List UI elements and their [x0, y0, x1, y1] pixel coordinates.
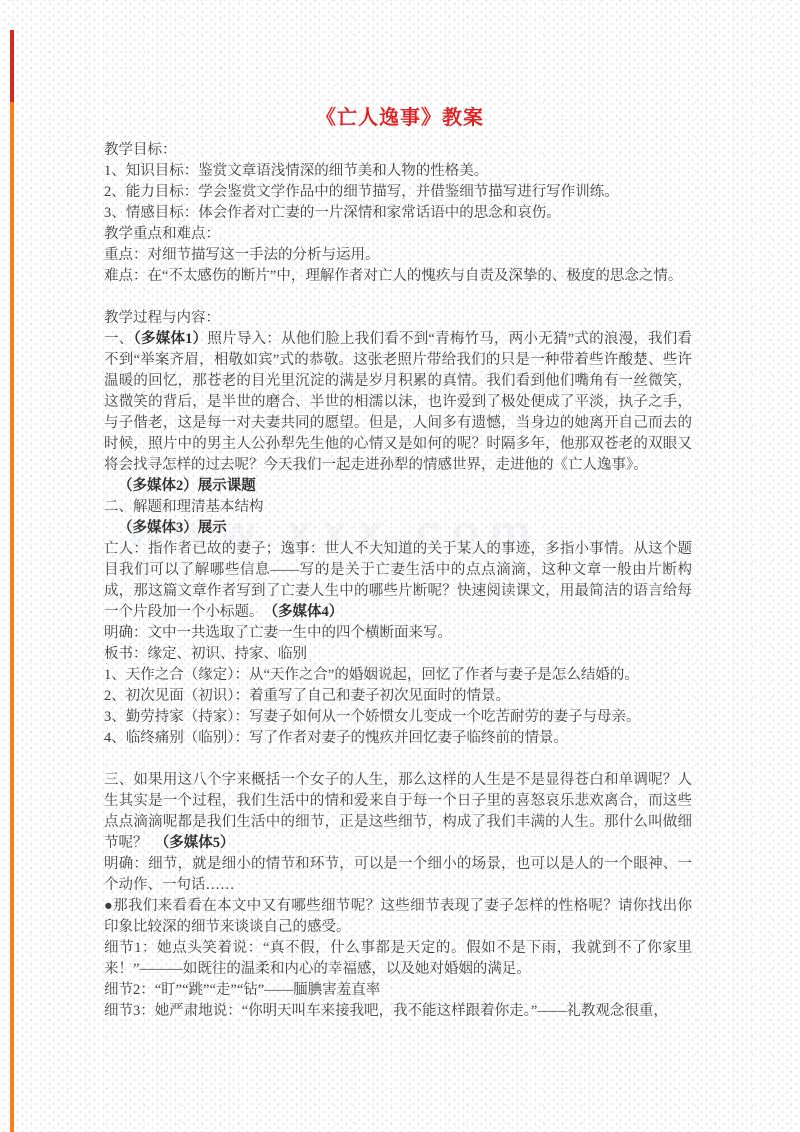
paragraph: 教学重点和难点：	[104, 224, 692, 245]
body-text: 2、能力目标：学会鉴赏文学作品中的细节描写，并借鉴细节描写进行写作训练。	[104, 184, 619, 200]
bold-text: （多媒体5）	[162, 835, 235, 851]
body-text: 明确：文中一共选取了亡妻一生中的四个横断面来写。	[104, 625, 452, 641]
body-text: 教学目标：	[104, 142, 177, 158]
body-text: 2、初次见面（初识）：着重写了自己和妻子初次见面时的情景。	[104, 688, 510, 704]
paragraph: 明确：细节，就是细小的情节和环节，可以是一个细小的场景，也可以是人的一个眼神、一…	[104, 854, 692, 896]
paragraph: 细节2：“盯”“跳”“走”“钻”——腼腆害羞直率	[104, 980, 692, 1001]
body-text: 亡人：指作者已故的妻子；逸事：世人不大知道的关于某人的事迹，多指小事情。从这个题…	[104, 541, 692, 620]
paragraph: 明确：文中一共选取了亡妻一生中的四个横断面来写。	[104, 623, 692, 644]
paragraph: 教学目标：	[104, 140, 692, 161]
body-text: 教学过程与内容：	[104, 310, 220, 326]
paragraph: 一、（多媒体1）照片导入：从他们脸上我们看不到“青梅竹马，两小无猜”式的浪漫，我…	[104, 329, 692, 476]
body-text: 重点：对细节描写这一手法的分析与运用。	[104, 247, 380, 263]
body-text: 3、情感目标：体会作者对亡妻的一片深情和家常话语中的思念和哀伤。	[104, 205, 561, 221]
paragraph: （多媒体2）展示课题	[104, 476, 692, 497]
paragraph: 细节3：她严肃地说：“你明天叫车来接我吧，我不能这样跟着你走。”——礼教观念很重…	[104, 1001, 692, 1022]
paragraph: 重点：对细节描写这一手法的分析与运用。	[104, 245, 692, 266]
body-text: 4、临终痛别（临别）：写了作者对妻子的愧疚并回忆妻子临终前的情景。	[104, 730, 568, 746]
body-text: 板书：缘定、初识、持家、临别	[104, 646, 307, 662]
body-text: 1、天作之合（缘定）：从“天作之合”的婚姻说起，回忆了作者与妻子是怎么结婚的。	[104, 667, 639, 683]
paragraph: 1、天作之合（缘定）：从“天作之合”的婚姻说起，回忆了作者与妻子是怎么结婚的。	[104, 665, 692, 686]
left-accent-bar	[10, 30, 14, 1132]
document-page: www.xxx.com 《亡人逸事》教案 教学目标：1、知识目标：鉴赏文章语浅情…	[0, 0, 800, 1132]
paragraph: 细节1：她点头笑着说：“真不假，什么事都是天定的。假如不是下雨，我就到不了你家里…	[104, 938, 692, 980]
paragraph: 2、初次见面（初识）：着重写了自己和妻子初次见面时的情景。	[104, 686, 692, 707]
body-text: 细节2：“盯”“跳”“走”“钻”——腼腆害羞直率	[104, 982, 380, 998]
paragraph: 难点：在“不太感伤的断片”中，理解作者对亡人的愧疚与自责及深挚的、极度的思念之情…	[104, 266, 692, 287]
paragraph: 教学过程与内容：	[104, 308, 692, 329]
paragraph: ●那我们来看看在本文中又有哪些细节呢？这些细节表现了妻子怎样的性格呢？请你找出你…	[104, 896, 692, 938]
document-body: 教学目标：1、知识目标：鉴赏文章语浅情深的细节美和人物的性格美。2、能力目标：学…	[104, 140, 692, 1022]
bold-text: （多媒体3）展示	[118, 520, 227, 536]
paragraph: 2、能力目标：学会鉴赏文学作品中的细节描写，并借鉴细节描写进行写作训练。	[104, 182, 692, 203]
body-text: 照片导入：从他们脸上我们看不到“青梅竹马，两小无猜”式的浪漫，我们看不到“举案齐…	[104, 331, 692, 473]
paragraph: 亡人：指作者已故的妻子；逸事：世人不大知道的关于某人的事迹，多指小事情。从这个题…	[104, 539, 692, 623]
document-title: 《亡人逸事》教案	[0, 101, 800, 130]
bold-text: （多媒体2）展示课题	[118, 478, 256, 494]
bold-text: （多媒体4）	[271, 604, 344, 620]
body-text: 难点：在“不太感伤的断片”中，理解作者对亡人的愧疚与自责及深挚的、极度的思念之情…	[104, 268, 682, 284]
paragraph: 3、情感目标：体会作者对亡妻的一片深情和家常话语中的思念和哀伤。	[104, 203, 692, 224]
paragraph: （多媒体3）展示	[104, 518, 692, 539]
body-text: ●那我们来看看在本文中又有哪些细节呢？这些细节表现了妻子怎样的性格呢？请你找出你…	[104, 898, 692, 935]
body-text: 一、	[104, 331, 133, 347]
body-text: 细节3：她严肃地说：“你明天叫车来接我吧，我不能这样跟着你走。”——礼教观念很重…	[104, 1003, 668, 1019]
paragraph: 4、临终痛别（临别）：写了作者对妻子的愧疚并回忆妻子临终前的情景。	[104, 728, 692, 749]
body-text: 1、知识目标：鉴赏文章语浅情深的细节美和人物的性格美。	[104, 163, 488, 179]
body-text: 3、勤劳持家（持家）：写妻子如何从一个娇惯女儿变成一个吃苦耐劳的妻子与母亲。	[104, 709, 641, 725]
paragraph: 三、如果用这八个字来概括一个女子的人生，那么这样的人生是不是显得苍白和单调呢？人…	[104, 770, 692, 854]
body-text: 教学重点和难点：	[104, 226, 220, 242]
paragraph: 板书：缘定、初识、持家、临别	[104, 644, 692, 665]
bold-text: （多媒体1）	[133, 331, 207, 347]
paragraph: 1、知识目标：鉴赏文章语浅情深的细节美和人物的性格美。	[104, 161, 692, 182]
body-text: 明确：细节，就是细小的情节和环节，可以是一个细小的场景，也可以是人的一个眼神、一…	[104, 856, 692, 893]
body-text: 二、解题和理清基本结构	[104, 499, 264, 515]
paragraph: 3、勤劳持家（持家）：写妻子如何从一个娇惯女儿变成一个吃苦耐劳的妻子与母亲。	[104, 707, 692, 728]
body-text: 细节1：她点头笑着说：“真不假，什么事都是天定的。假如不是下雨，我就到不了你家里…	[104, 940, 692, 977]
paragraph: 二、解题和理清基本结构	[104, 497, 692, 518]
